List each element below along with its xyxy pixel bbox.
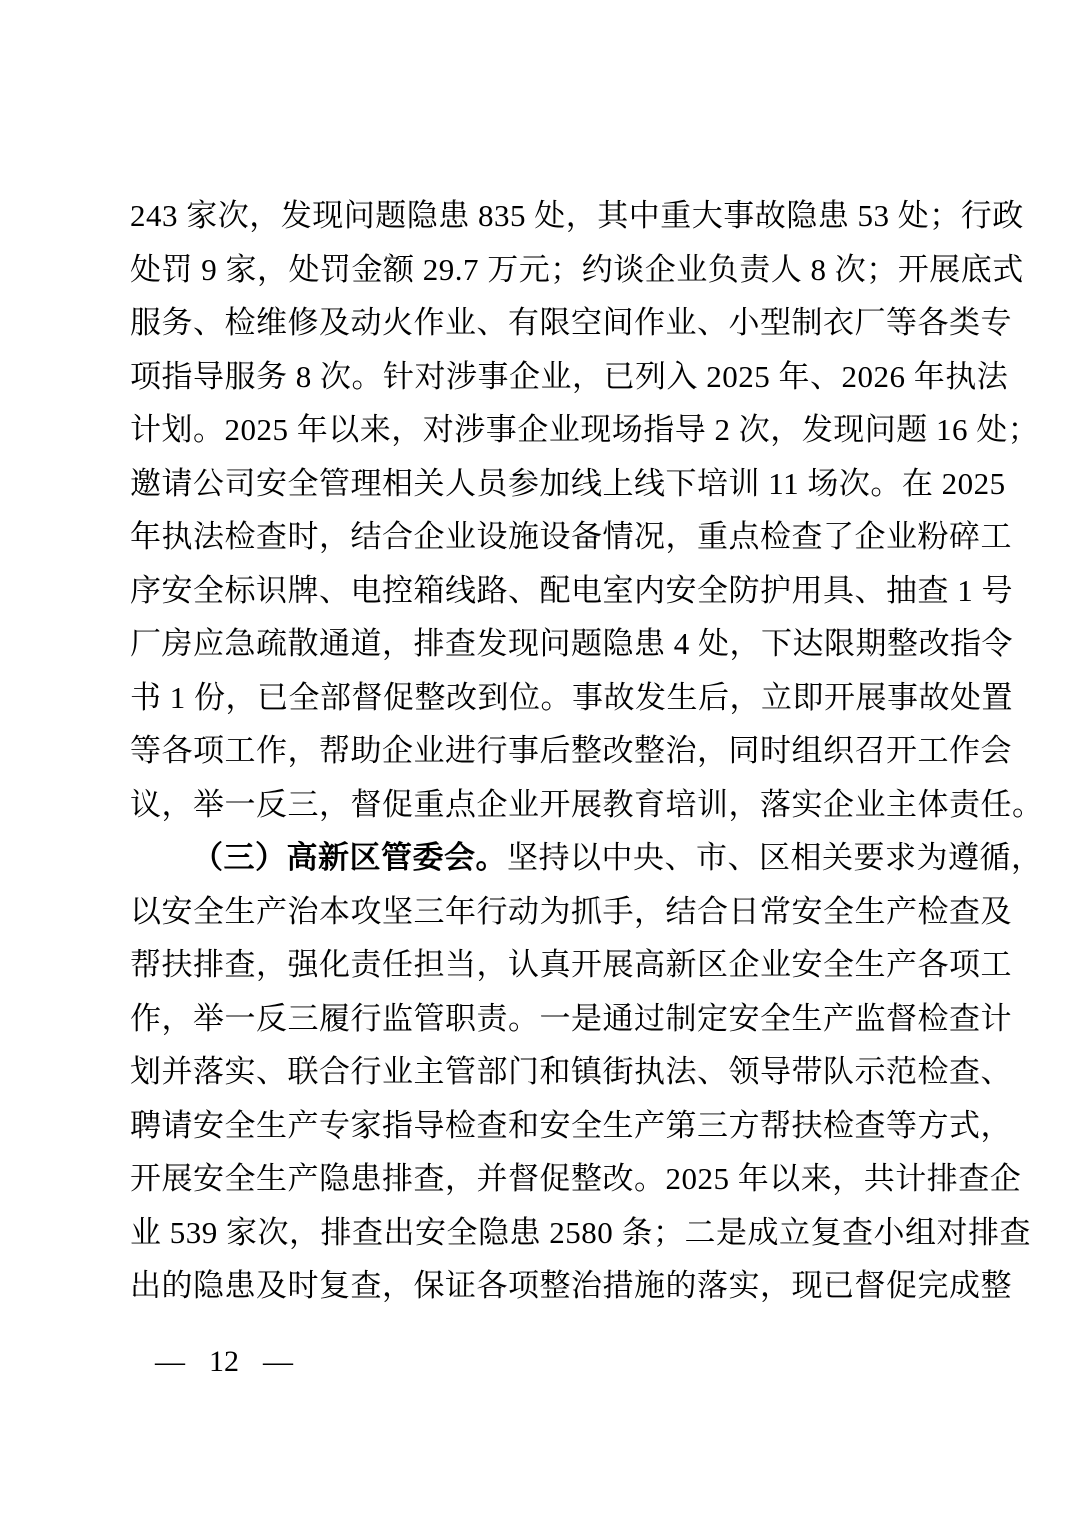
- text-line-content: 议，举一反三，督促重点企业开展教育培训，落实企业主体责任。: [130, 787, 1044, 822]
- text-line-content: 等各项工作，帮助企业进行事后整改整治，同时组织召开工作会: [130, 733, 1012, 768]
- text-line: 划并落实、联合行业主管部门和镇街执法、领导带队示范检查、: [130, 1045, 942, 1099]
- text-line: 作，举一反三履行监管职责。一是通过制定安全生产监督检查计: [130, 992, 942, 1046]
- text-line-content: 处罚 9 家，处罚金额 29.7 万元；约谈企业负责人 8 次；开展底式: [130, 252, 1024, 287]
- text-line-content: 开展安全生产隐患排查，并督促整改。2025 年以来，共计排查企: [130, 1161, 1021, 1196]
- text-line-content: 业 539 家次，排查出安全隐患 2580 条；二是成立复查小组对排查: [130, 1215, 1031, 1250]
- text-line: 处罚 9 家，处罚金额 29.7 万元；约谈企业负责人 8 次；开展底式: [130, 243, 942, 297]
- text-line-content: 年执法检查时，结合企业设施设备情况，重点检查了企业粉碎工: [130, 519, 1012, 554]
- text-line-content: 序安全标识牌、电控箱线路、配电室内安全防护用具、抽查 1 号: [130, 573, 1013, 608]
- text-line-content: 划并落实、联合行业主管部门和镇街执法、领导带队示范检查、: [130, 1054, 1012, 1089]
- text-line: 聘请安全生产专家指导检查和安全生产第三方帮扶检查等方式，: [130, 1099, 942, 1153]
- text-line: 议，举一反三，督促重点企业开展教育培训，落实企业主体责任。: [130, 778, 942, 832]
- text-line-content: 出的隐患及时复查，保证各项整治措施的落实，现已督促完成整: [130, 1268, 1012, 1303]
- text-line: 帮扶排查，强化责任担当，认真开展高新区企业安全生产各项工: [130, 938, 942, 992]
- text-line-content: 聘请安全生产专家指导检查和安全生产第三方帮扶检查等方式，: [130, 1108, 1012, 1143]
- text-line-content: 邀请公司安全管理相关人员参加线上线下培训 11 场次。在 2025: [130, 466, 1006, 501]
- page-number-footer: —12—: [155, 1342, 293, 1382]
- text-line: 年执法检查时，结合企业设施设备情况，重点检查了企业粉碎工: [130, 510, 942, 564]
- text-line: 等各项工作，帮助企业进行事后整改整治，同时组织召开工作会: [130, 724, 942, 778]
- text-line: 项指导服务 8 次。针对涉事企业，已列入 2025 年、2026 年执法: [130, 350, 942, 404]
- footer-left-dash: —: [155, 1342, 185, 1382]
- text-line-content: 书 1 份，已全部督促整改到位。事故发生后，立即开展事故处置: [130, 680, 1013, 715]
- text-line: 序安全标识牌、电控箱线路、配电室内安全防护用具、抽查 1 号: [130, 564, 942, 618]
- text-line: 书 1 份，已全部督促整改到位。事故发生后，立即开展事故处置: [130, 671, 942, 725]
- document-page: 243 家次，发现问题隐患 835 处，其中重大事故隐患 53 处；行政 处罚 …: [0, 0, 1074, 1520]
- text-line-content: 坚持以中央、市、区相关要求为遵循，: [507, 840, 1043, 875]
- text-line-section-heading: （三）高新区管委会。坚持以中央、市、区相关要求为遵循，: [130, 831, 942, 885]
- text-line-content: 帮扶排查，强化责任担当，认真开展高新区企业安全生产各项工: [130, 947, 1012, 982]
- section-heading: （三）高新区管委会。: [192, 840, 507, 875]
- text-line: 计划。2025 年以来，对涉事企业现场指导 2 次，发现问题 16 处；: [130, 403, 942, 457]
- text-line-content: 项指导服务 8 次。针对涉事企业，已列入 2025 年、2026 年执法: [130, 359, 1008, 394]
- page-number: 12: [209, 1342, 239, 1382]
- text-line-content: 作，举一反三履行监管职责。一是通过制定安全生产监督检查计: [130, 1001, 1012, 1036]
- text-line: 243 家次，发现问题隐患 835 处，其中重大事故隐患 53 处；行政: [130, 189, 942, 243]
- text-line: 出的隐患及时复查，保证各项整治措施的落实，现已督促完成整: [130, 1259, 942, 1313]
- text-line: 厂房应急疏散通道，排查发现问题隐患 4 处，下达限期整改指令: [130, 617, 942, 671]
- text-line-content: 243 家次，发现问题隐患 835 处，其中重大事故隐患 53 处；行政: [130, 198, 1024, 233]
- text-line-content: 服务、检维修及动火作业、有限空间作业、小型制衣厂等各类专: [130, 305, 1012, 340]
- text-line: 邀请公司安全管理相关人员参加线上线下培训 11 场次。在 2025: [130, 457, 942, 511]
- text-line: 服务、检维修及动火作业、有限空间作业、小型制衣厂等各类专: [130, 296, 942, 350]
- text-line-content: 厂房应急疏散通道，排查发现问题隐患 4 处，下达限期整改指令: [130, 626, 1013, 661]
- text-line: 以安全生产治本攻坚三年行动为抓手，结合日常安全生产检查及: [130, 885, 942, 939]
- text-line-content: 以安全生产治本攻坚三年行动为抓手，结合日常安全生产检查及: [130, 894, 1012, 929]
- footer-right-dash: —: [263, 1342, 293, 1382]
- document-body: 243 家次，发现问题隐患 835 处，其中重大事故隐患 53 处；行政 处罚 …: [130, 189, 942, 1313]
- text-line: 业 539 家次，排查出安全隐患 2580 条；二是成立复查小组对排查: [130, 1206, 942, 1260]
- text-line: 开展安全生产隐患排查，并督促整改。2025 年以来，共计排查企: [130, 1152, 942, 1206]
- text-line-content: 计划。2025 年以来，对涉事企业现场指导 2 次，发现问题 16 处；: [130, 412, 1039, 447]
